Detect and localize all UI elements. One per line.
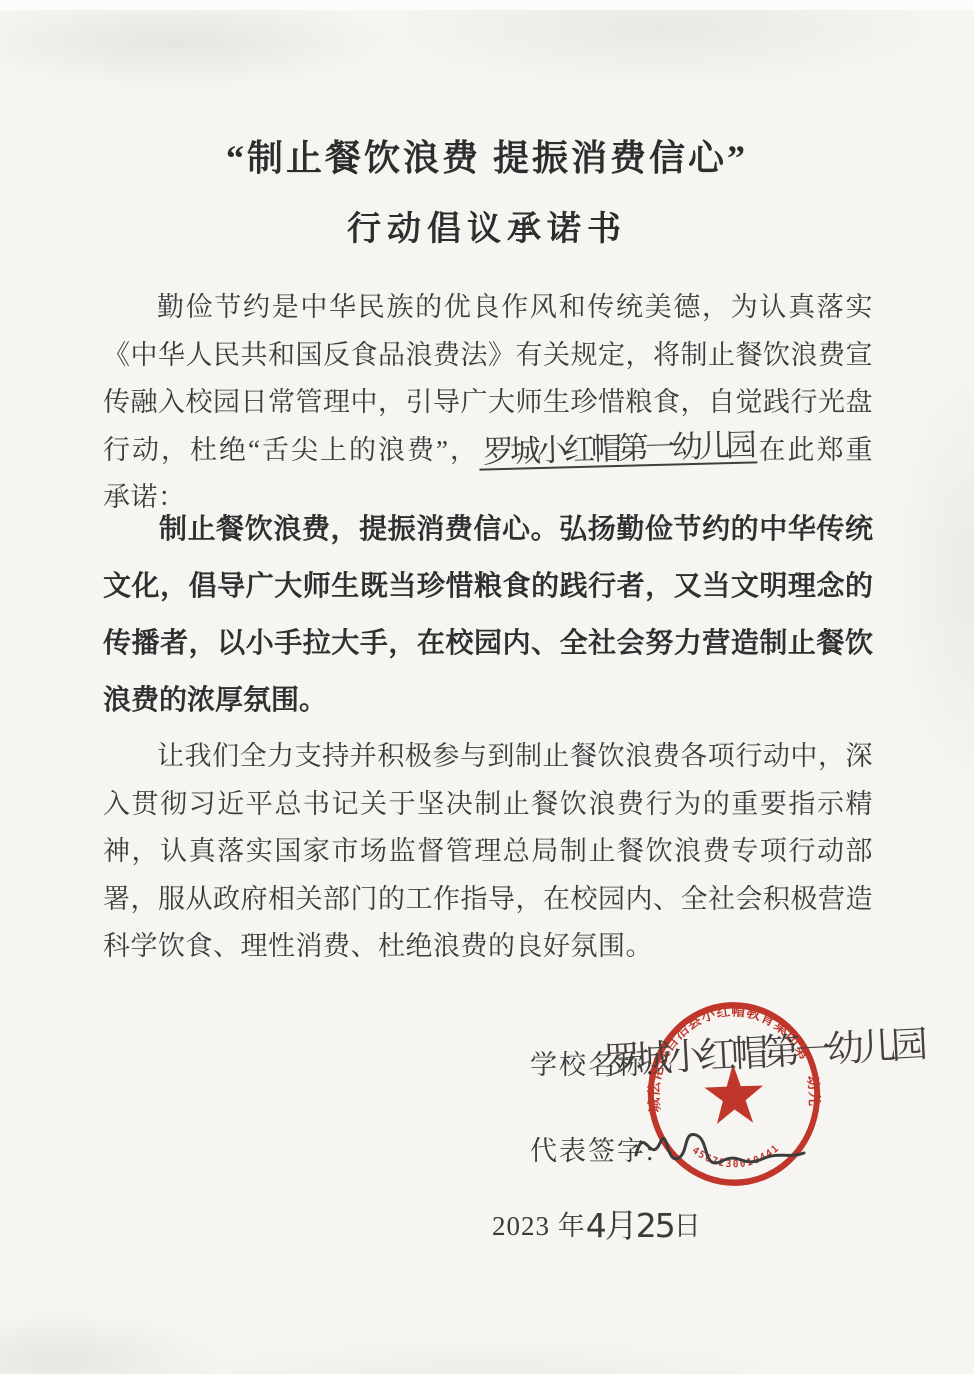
paragraph-commitment: 制止餐饮浪费，提振消费信心。弘扬勤俭节约的中华传统文化，倡导广大师生既当珍惜粮食… — [103, 500, 873, 728]
representative-signature-handwriting — [630, 1113, 810, 1183]
paragraph-opening: 勤俭节约是中华民族的优良作风和传统美德，为认真落实《中华人民共和国反食品浪费法》… — [103, 284, 873, 522]
paragraph-support: 让我们全力支持并积极参与到制止餐饮浪费各项行动中，深入贯彻习近平总书记关于坚决制… — [103, 733, 873, 971]
document-title-line2: 行动倡议承诺书 — [0, 201, 974, 250]
date-year: 2023 年 — [492, 1211, 586, 1241]
date-line: 2023 年4月25日 — [492, 1200, 702, 1247]
page-top-edge — [0, 0, 974, 10]
document-title-line1: “制止餐饮浪费 提振消费信心” — [0, 130, 974, 181]
date-day-suffix: 日 — [674, 1211, 702, 1241]
handwritten-school-name-inline: 罗城小红帽第一幼儿园 — [479, 430, 758, 470]
date-month-day-handwritten: 4月25 — [586, 1206, 674, 1245]
